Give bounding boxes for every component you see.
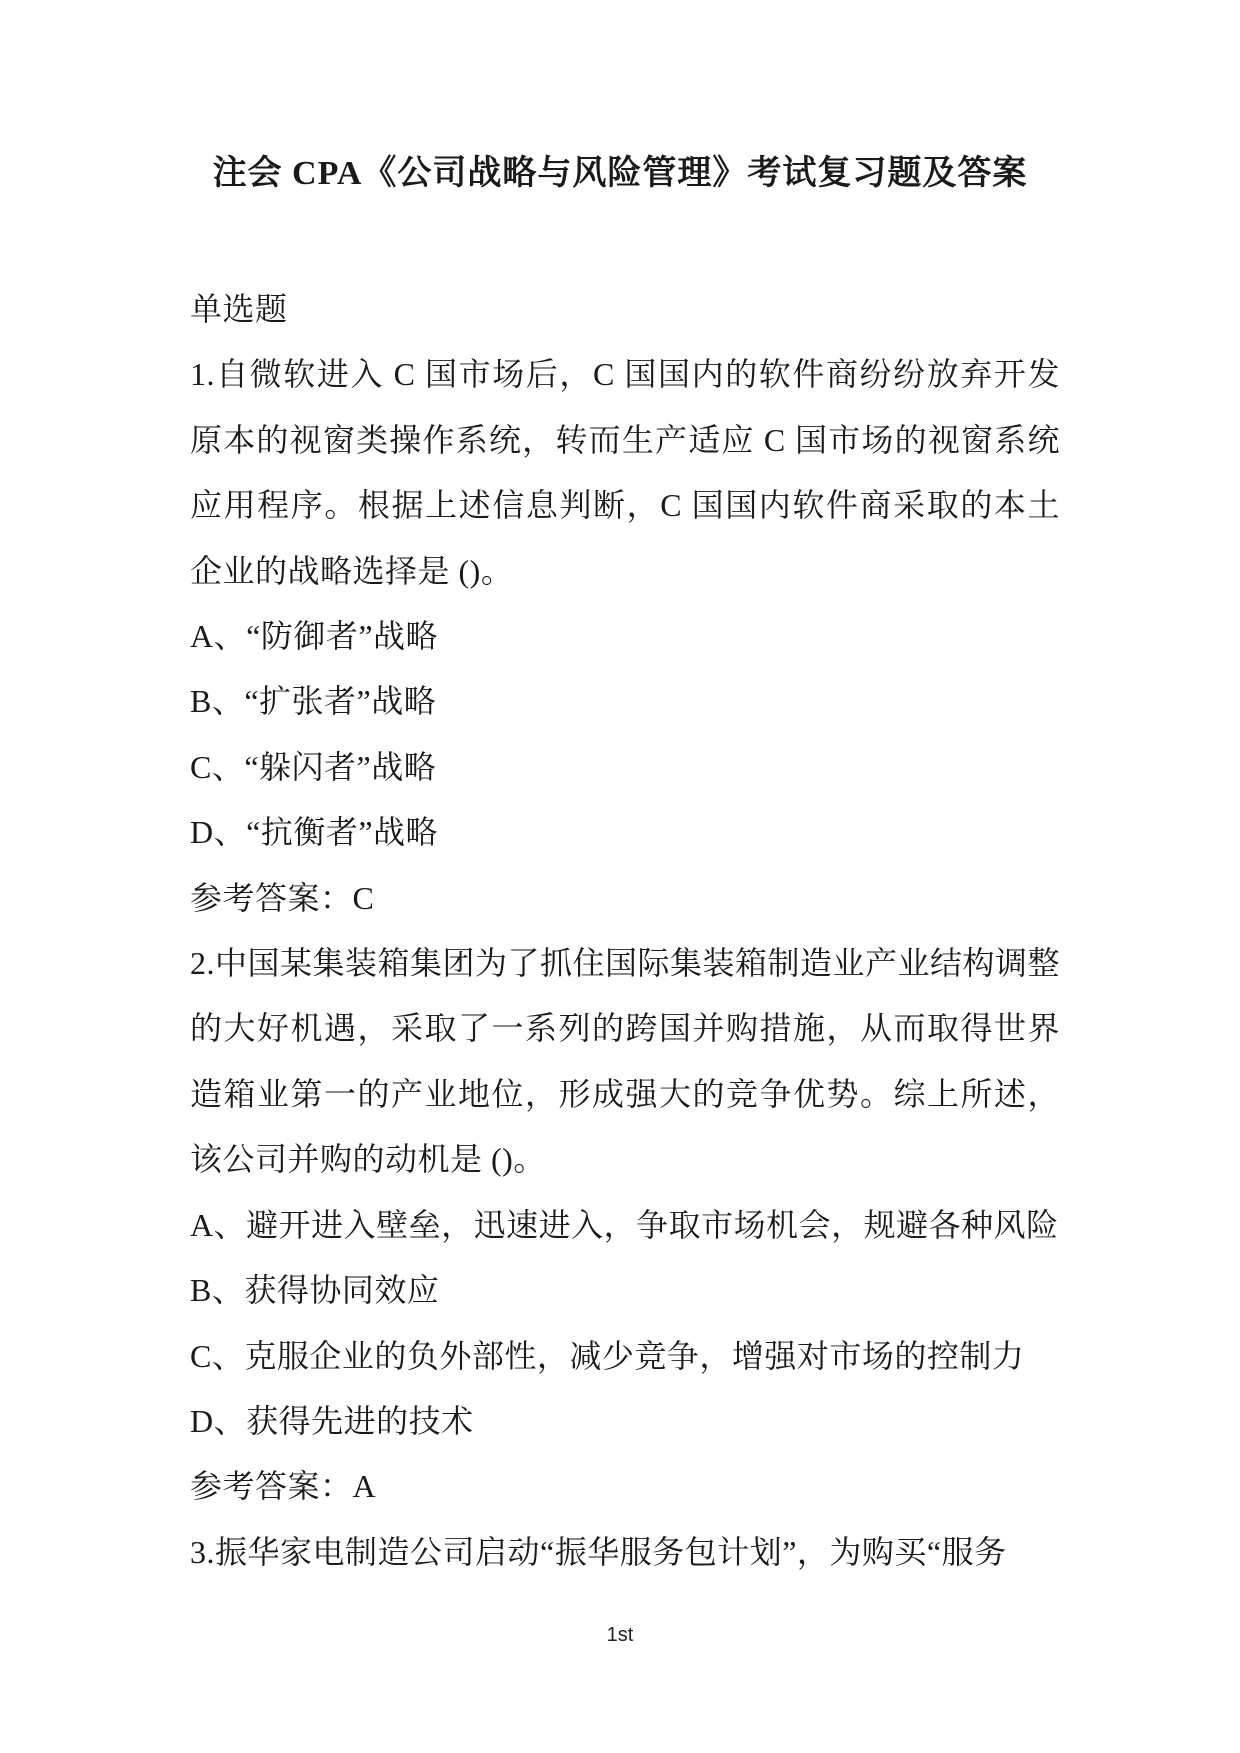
question-1-option-c: C、“躲闪者”战略 [190, 735, 1060, 800]
section-heading: 单选题 [190, 277, 1060, 342]
question-1-option-a: A、“防御者”战略 [190, 604, 1060, 669]
question-2-stem: 2.中国某集装箱集团为了抓住国际集装箱制造业产业结构调整的大好机遇，采取了一系列… [190, 931, 1060, 1193]
question-2-option-c: C、克服企业的负外部性，减少竞争，增强对市场的控制力 [190, 1324, 1060, 1389]
document-page: 注会 CPA《公司战略与风险管理》考试复习题及答案 单选题 1.自微软进入 C … [0, 0, 1240, 1753]
question-1-answer: 参考答案：C [190, 866, 1060, 931]
page-number: 1st [0, 1624, 1240, 1647]
question-1-option-b: B、“扩张者”战略 [190, 669, 1060, 734]
question-3-stem-partial: 3.振华家电制造公司启动“振华服务包计划”，为购买“服务 [190, 1520, 1060, 1585]
question-2-answer: 参考答案：A [190, 1454, 1060, 1519]
question-2-option-d: D、获得先进的技术 [190, 1389, 1060, 1454]
question-2-option-b: B、获得协同效应 [190, 1258, 1060, 1323]
question-1-option-d: D、“抗衡者”战略 [190, 800, 1060, 865]
document-title: 注会 CPA《公司战略与风险管理》考试复习题及答案 [0, 148, 1240, 200]
question-2-option-a: A、避开进入壁垒，迅速进入，争取市场机会，规避各种风险 [190, 1193, 1060, 1258]
question-1-stem: 1.自微软进入 C 国市场后，C 国国内的软件商纷纷放弃开发原本的视窗类操作系统… [190, 342, 1060, 604]
document-body: 单选题 1.自微软进入 C 国市场后，C 国国内的软件商纷纷放弃开发原本的视窗类… [190, 277, 1060, 1585]
